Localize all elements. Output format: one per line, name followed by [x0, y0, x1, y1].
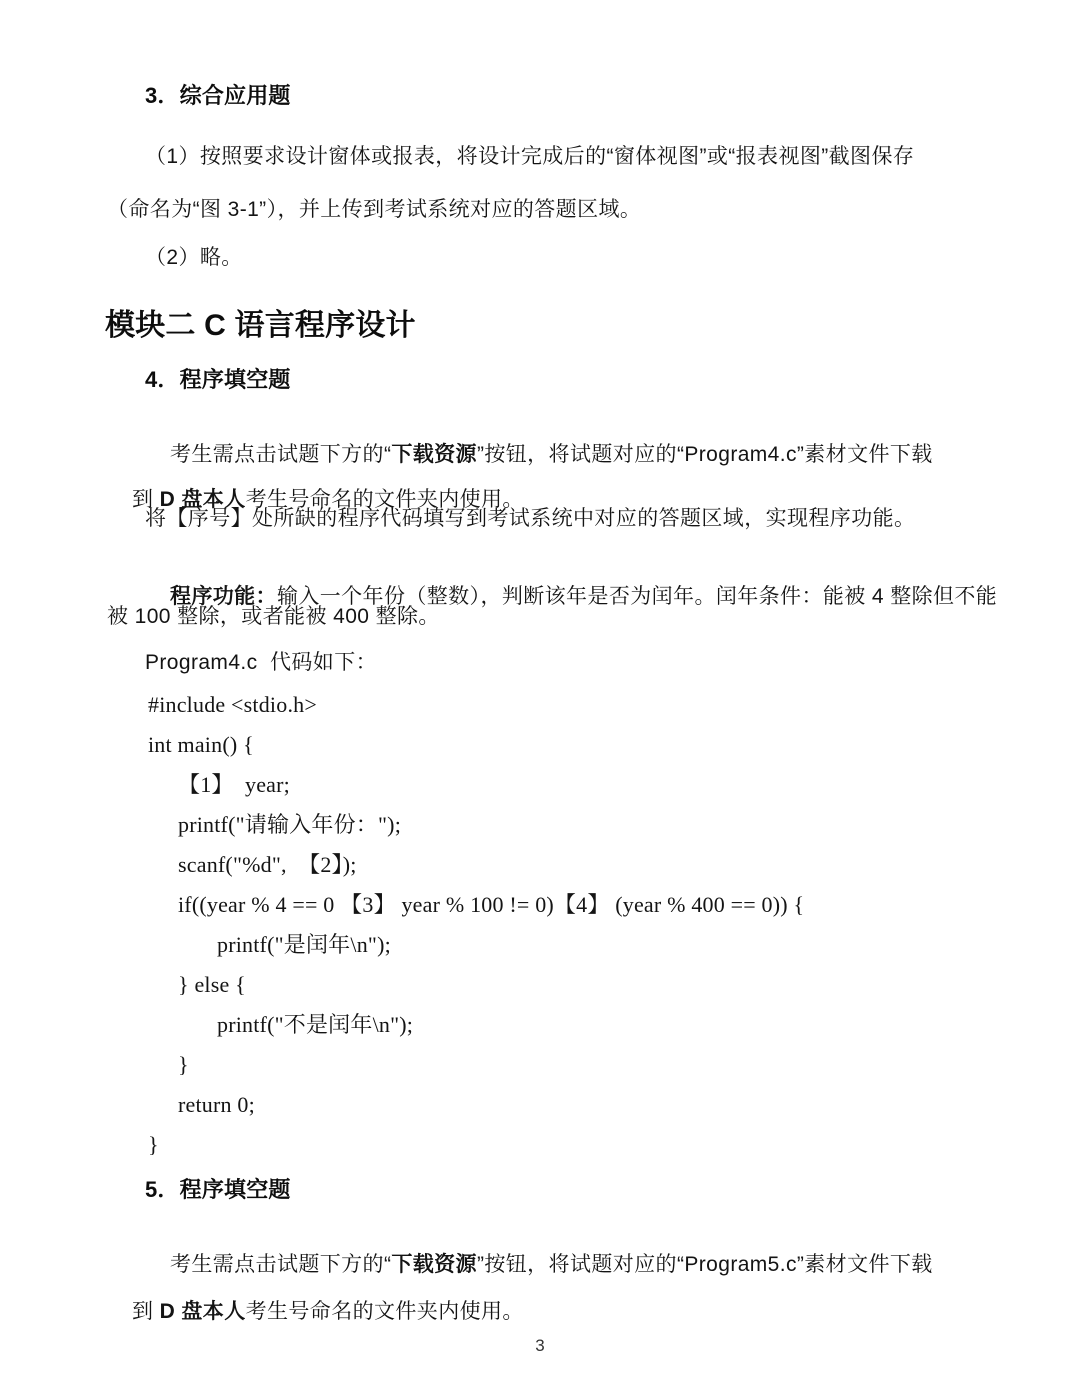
question-5-heading: 5．程序填空题 [145, 1176, 291, 1205]
page-number: 3 [0, 1336, 1080, 1356]
code-line: printf("请输入年份："); [178, 811, 401, 840]
code-line: } [178, 1051, 189, 1080]
code-line: if((year % 4 == 0 【3】 year % 100 != 0)【4… [178, 891, 804, 920]
document-page: 3．综合应用题 （1）按照要求设计窗体或报表，将设计完成后的“窗体视图”或“报表… [0, 0, 1080, 1398]
question-4-fill-note: 将【序号】处所缺的程序代码填写到考试系统中对应的答题区域，实现程序功能。 [145, 505, 915, 532]
download-text-post: ”按钮，将试题对应的“Program4.c”素材文件下载 [477, 443, 933, 466]
code-line: scanf("%d", 【2】); [178, 851, 357, 880]
code-line: #include <stdio.h> [148, 691, 317, 720]
section-3-item-1-line-2: （命名为“图 3-1”），并上传到考试系统对应的答题区域。 [107, 196, 641, 223]
section-3-heading: 3．综合应用题 [145, 82, 291, 111]
drive-text-pre: 到 [132, 1300, 160, 1323]
code-line: return 0; [178, 1091, 255, 1120]
code-line: 【1】 year; [178, 771, 290, 800]
drive-d-label: D 盘本人 [160, 1300, 246, 1323]
download-text-post: ”按钮，将试题对应的“Program5.c”素材文件下载 [477, 1253, 933, 1276]
module-2-title: 模块二 C 语言程序设计 [105, 306, 416, 345]
section-3-item-1-line-1: （1）按照要求设计窗体或报表，将设计完成后的“窗体视图”或“报表视图”截图保存 [145, 143, 914, 170]
code-line: } [148, 1131, 159, 1160]
section-3-item-2: （2）略。 [145, 244, 243, 271]
code-line: printf("不是闰年\n"); [217, 1011, 413, 1040]
question-4-code-title: Program4.c 代码如下： [145, 649, 377, 676]
question-4-heading: 4．程序填空题 [145, 366, 291, 395]
question-4-function-line-2: 被 100 整除，或者能被 400 整除。 [107, 603, 440, 630]
code-line: } else { [178, 971, 246, 1000]
code-line: printf("是闰年\n"); [217, 931, 391, 960]
code-line: int main() { [148, 731, 254, 760]
drive-text-post: 考生号命名的文件夹内使用。 [246, 1300, 524, 1323]
